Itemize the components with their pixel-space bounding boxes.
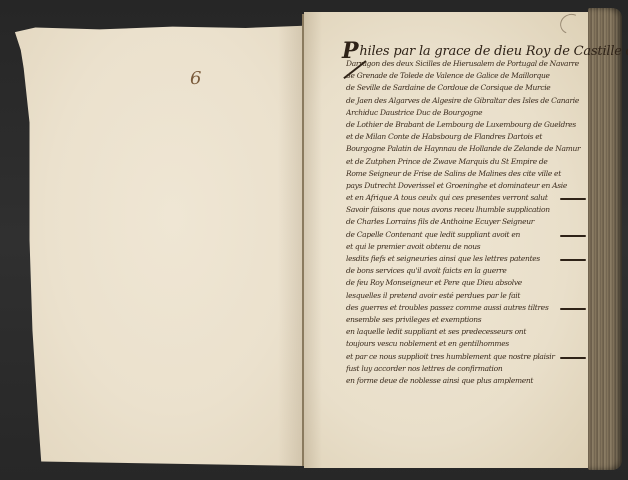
manuscript-line: lesdits fiefs et seigneuries ainsi que l…	[346, 253, 586, 265]
manuscript-line: et de Zutphen Prince de Zwave Marquis du…	[346, 156, 586, 168]
heading-text: hiles par la grace de dieu Roy de Castil…	[359, 44, 628, 59]
manuscript-line: de Charles Lorrains fils de Anthoine Ecu…	[346, 216, 586, 228]
manuscript-line: en forme deue de noblesse ainsi que plus…	[346, 375, 586, 387]
manuscript-line: des guerres et troubles passez comme aus…	[346, 302, 586, 314]
manuscript-line: Savoir faisons que nous avons receu lhum…	[346, 204, 586, 216]
manuscript-line: fust luy accorder nos lettres de confirm…	[346, 363, 586, 375]
manuscript-line: Darragon des deux Sicilles de Hierusalem…	[346, 58, 586, 70]
manuscript-line: Archiduc Daustrice Duc de Bourgogne	[346, 107, 586, 119]
left-page	[12, 14, 304, 466]
manuscript-line: pays Dutrecht Doverissel et Groeninghe e…	[346, 180, 586, 192]
manuscript-line: de bons services qu'il avoit faicts en l…	[346, 265, 586, 277]
manuscript-line: lesquelles il pretend avoir esté perdues…	[346, 290, 586, 302]
folio-number: 6	[190, 68, 201, 89]
manuscript-line: Rome Seigneur de Frise de Salins de Mali…	[346, 168, 586, 180]
manuscript-body: Darragon des deux Sicilles de Hierusalem…	[346, 58, 586, 387]
manuscript-line: et de Milan Conte de Habsbourg de Flandr…	[346, 131, 586, 143]
manuscript-line: de feu Roy Monseigneur et Pere que Dieu …	[346, 277, 586, 289]
manuscript-line: et par ce nous supplioit tres humblement…	[346, 351, 586, 363]
manuscript-line: toujours vescu noblement et en gentilhom…	[346, 338, 586, 350]
manuscript-line: ensemble ses privileges et exemptions	[346, 314, 586, 326]
manuscript-line: et qui le premier avoit obtenu de nous	[346, 241, 586, 253]
manuscript-line: de Lothier de Brabant de Lembourg de Lux…	[346, 119, 586, 131]
manuscript-line: Bourgogne Palatin de Haynnau de Hollande…	[346, 143, 586, 155]
manuscript-line: en laquelle ledit suppliant et ses prede…	[346, 326, 586, 338]
page-stack-fore-edge	[588, 8, 622, 470]
manuscript-line: de Seville de Sardaine de Cordoue de Cor…	[346, 82, 586, 94]
manuscript-line: de Grenade de Tolede de Valence de Galic…	[346, 70, 586, 82]
manuscript-line: et en Afrique A tous ceulx qui ces prese…	[346, 192, 586, 204]
manuscript-line: de Jaen des Algarves de Algesire de Gibr…	[346, 95, 586, 107]
manuscript-line: de Capelle Contenant que ledit suppliant…	[346, 229, 586, 241]
book-gutter	[302, 14, 304, 466]
